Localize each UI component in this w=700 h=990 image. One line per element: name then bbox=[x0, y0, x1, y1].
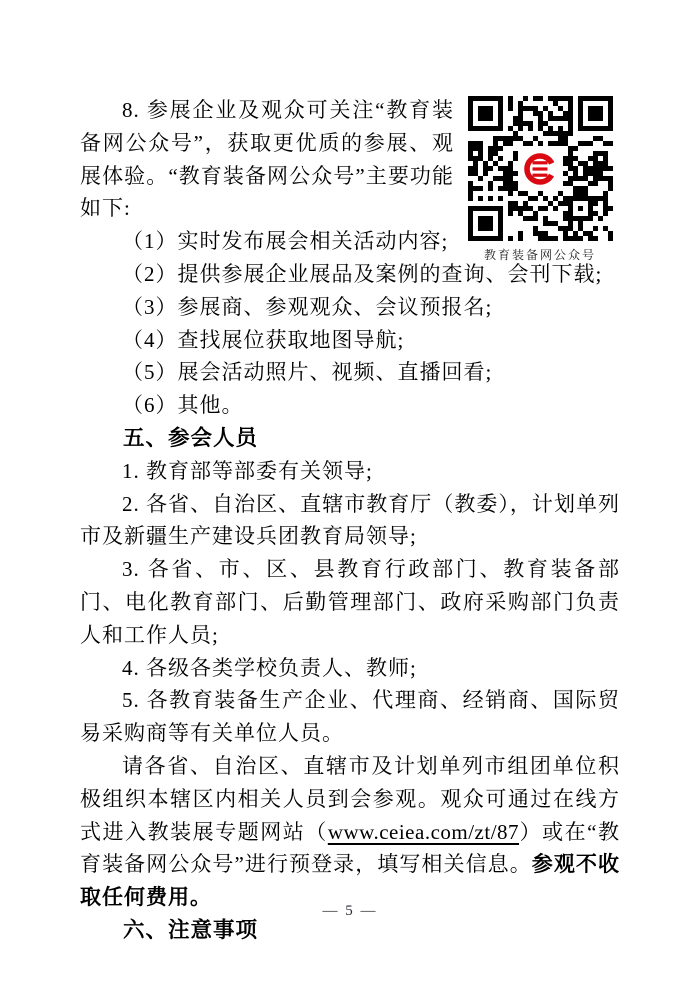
paragraph: 1. 教育部等部委有关领导; bbox=[80, 455, 620, 488]
paragraph: 2. 各省、自治区、直辖市教育厅（教委），计划单列市及新疆生产建设兵团教育局领导… bbox=[80, 488, 620, 554]
paragraph: 请各省、自治区、直辖市及计划单列市组团单位积极组织本辖区内相关人员到会参观。观众… bbox=[80, 750, 620, 914]
ceiea-logo-icon bbox=[518, 147, 562, 191]
qr-code-image bbox=[468, 96, 613, 241]
document-body: 教育装备网公众号 8. 参展企业及观众可关注“教育装备网公众号”，获取更优质的参… bbox=[80, 94, 620, 947]
page-number: — 5 — bbox=[0, 903, 700, 920]
paragraph: （5）展会活动照片、视频、直播回看; bbox=[80, 356, 620, 389]
qr-block: 教育装备网公众号 bbox=[460, 94, 620, 250]
website-link[interactable]: www.ceiea.com/zt/87 bbox=[328, 820, 519, 844]
paragraph: （4）查找展位获取地图导航; bbox=[80, 324, 620, 357]
paragraph: 3. 各省、市、区、县教育行政部门、教育装备部门、电化教育部门、后勤管理部门、政… bbox=[80, 553, 620, 651]
section-heading: 五、参会人员 bbox=[80, 422, 620, 455]
paragraph: （6）其他。 bbox=[80, 389, 620, 422]
paragraph: 5. 各教育装备生产企业、代理商、经销商、国际贸易采购商等有关单位人员。 bbox=[80, 684, 620, 750]
paragraph: （2）提供参展企业展品及案例的查询、会刊下载; bbox=[80, 258, 620, 291]
paragraph: 4. 各级各类学校负责人、教师; bbox=[80, 652, 620, 685]
document-page: 教育装备网公众号 8. 参展企业及观众可关注“教育装备网公众号”，获取更优质的参… bbox=[0, 0, 700, 990]
paragraph: （3）参展商、参观观众、会议预报名; bbox=[80, 291, 620, 324]
